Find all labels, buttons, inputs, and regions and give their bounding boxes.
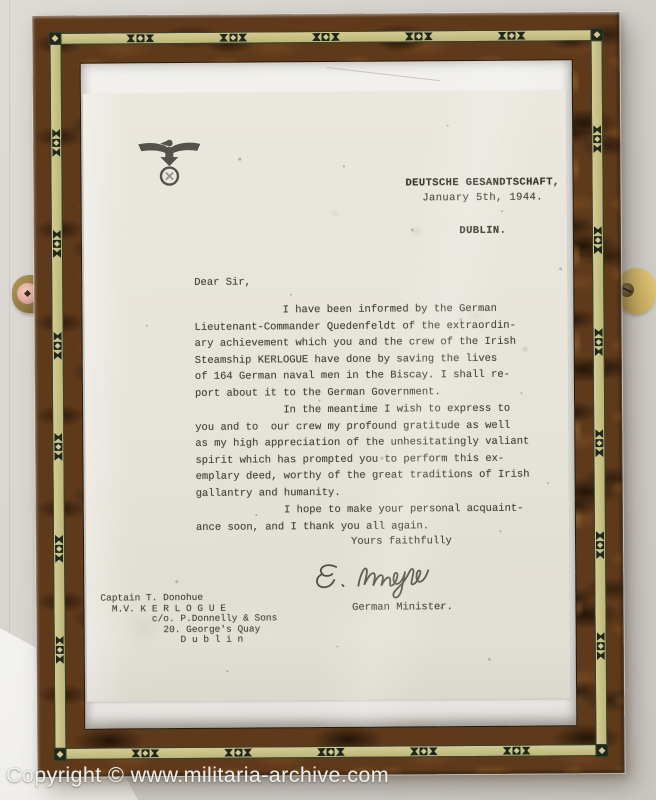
copyright-watermark: Copyright © www.militaria-archive.com [6,763,389,788]
inlay-motif [53,230,61,258]
inlay-motif [593,125,601,153]
handwritten-signature [306,554,476,601]
photo-of-framed-letter: DEUTSCHE GESANDTSCHAFT, DUBLIN. January … [0,0,656,800]
inlay-motif [405,32,433,40]
inlay-motif [594,226,602,254]
recipient-address: Captain T. Donohue M.V. K E R L O G U E … [100,592,277,646]
right-screw-head-icon [620,283,634,297]
inlay-motif [54,332,62,360]
inlay-motif [126,34,154,42]
glass-area: DEUTSCHE GESANDTSCHAFT, DUBLIN. January … [81,60,577,728]
picture-frame: DEUTSCHE GESANDTSCHAFT, DUBLIN. January … [32,12,624,777]
paragraph-1: I have been informed by the German Lieut… [194,301,543,402]
closing: Yours faithfully [351,535,452,548]
inlay-band-left [50,45,67,748]
inlay-motif [54,433,62,461]
inlay-motif [597,632,605,660]
inlay-band-top [61,29,590,45]
inlay-motif [503,747,531,755]
inlay-motif [55,535,63,563]
letter-date: January 5th, 1944. [402,191,564,204]
inlay-motif [595,328,603,356]
signature-title: German Minister. [322,601,482,614]
inlay-motif [224,749,252,757]
inlay-motif [317,748,345,756]
inlay-motif [131,749,159,757]
inlay-motif [52,128,60,156]
inlay-corner-diamond [48,32,61,45]
inlay-motif [595,429,603,457]
inlay-motif [219,34,247,42]
right-mounting-clip [617,268,656,314]
inlay-band-right [591,41,608,744]
inlay-motif [498,32,526,40]
inlay-motif [596,531,604,559]
paragraph-2: In the meantime I wish to express to you… [195,401,544,502]
paper-crease [326,67,440,81]
inlay-motif [312,33,340,41]
letterhead: DEUTSCHE GESANDTSCHAFT, DUBLIN. [392,142,573,271]
inlay-motif [56,636,64,664]
inlay-corner-diamond [590,28,603,41]
letterhead-line2: DUBLIN. [393,222,573,239]
paragraph-3: I hope to make your personal acquaint- a… [196,500,544,535]
eagle-emblem-icon [137,136,201,186]
salutation: Dear Sir, [194,277,251,289]
inlay-corner-diamond [595,744,608,757]
inlay-corner-diamond [53,748,66,761]
paper-speckles [81,64,82,65]
inlay-band-bottom [66,744,595,760]
letterhead-line1: DEUTSCHE GESANDTSCHAFT, [392,174,572,191]
inlay-motif [410,747,438,755]
